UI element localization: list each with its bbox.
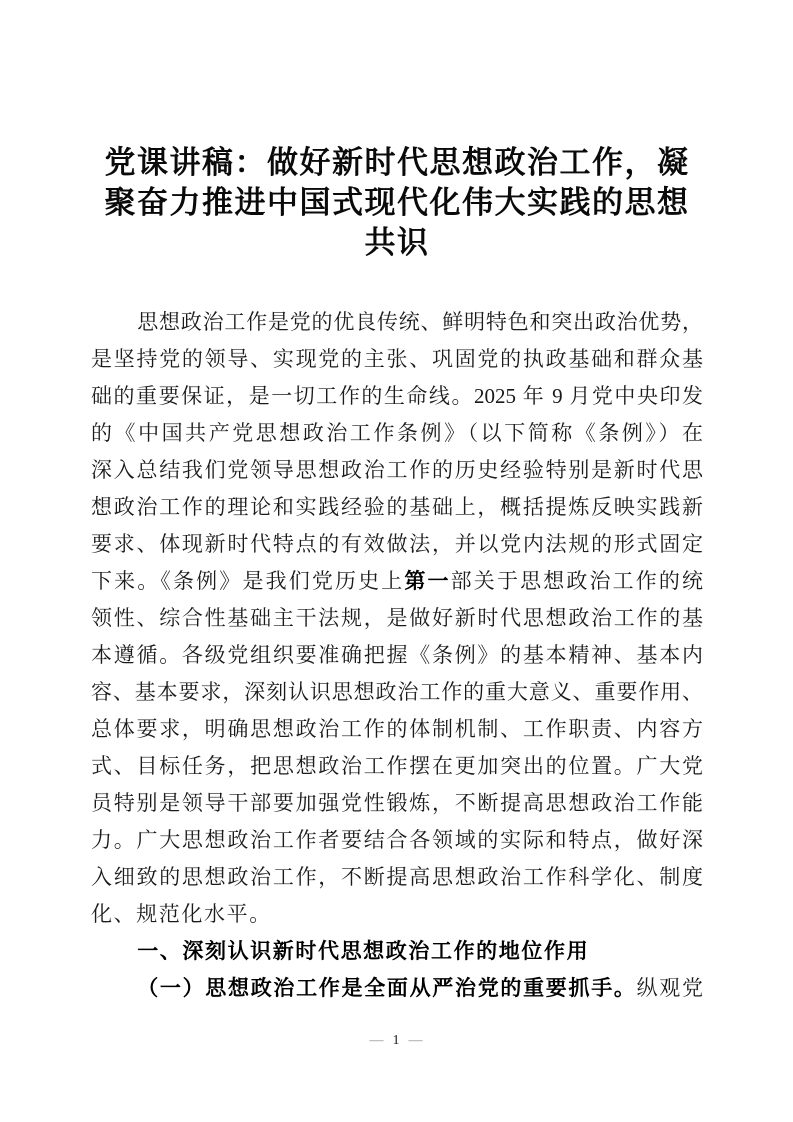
document-page: 党课讲稿：做好新时代思想政治工作，凝聚奋力推进中国式现代化伟大实践的思想共识 思…	[0, 0, 793, 1122]
text-run: 入细致的思想政治工作，不断提高思想政治工作科学化、制度	[91, 865, 703, 889]
text-line: 思想政治工作是党的优良传统、鲜明特色和突出政治优势，	[91, 304, 703, 341]
text-run: 化、规范化水平。	[91, 902, 272, 926]
bold-text-run: （一）思想政治工作是全面从严治党的重要抓手。	[137, 976, 636, 1000]
page-number: 1	[389, 1033, 405, 1048]
text-line: 一、深刻认识新时代思想政治工作的地位作用	[91, 933, 703, 970]
intro-paragraph: 思想政治工作是党的优良传统、鲜明特色和突出政治优势，是坚持党的领导、实现党的主张…	[91, 304, 703, 933]
page-footer: —1—	[0, 1033, 793, 1049]
text-line: 容、基本要求，深刻认识思想政治工作的重大意义、重要作用、	[91, 674, 703, 711]
footer-dash-left: —	[366, 1033, 389, 1048]
text-run: 纵观党	[637, 976, 703, 1000]
title-line: 聚奋力推进中国式现代化伟大实践的思想	[91, 183, 703, 223]
bold-text-run: 一、深刻认识新时代思想政治工作的地位作用	[137, 939, 589, 963]
bold-text-run: 第一	[404, 569, 450, 593]
text-run: 深入总结我们党领导思想政治工作的历史经验特别是新时代思	[91, 458, 703, 482]
text-line: 础的重要保证，是一切工作的生命线。2025 年 9 月党中央印发	[91, 378, 703, 415]
footer-dash-right: —	[405, 1033, 428, 1048]
text-line: 想政治工作的理论和实践经验的基础上，概括提炼反映实践新	[91, 489, 703, 526]
text-line: 深入总结我们党领导思想政治工作的历史经验特别是新时代思	[91, 452, 703, 489]
text-run: 想政治工作的理论和实践经验的基础上，概括提炼反映实践新	[91, 495, 703, 519]
title-line: 共识	[91, 223, 703, 263]
text-line: 的《中国共产党思想政治工作条例》（以下简称《条例》）在	[91, 415, 703, 452]
text-run: 容、基本要求，深刻认识思想政治工作的重大意义、重要作用、	[91, 680, 703, 704]
text-run: 部关于思想政治工作的统	[451, 569, 703, 593]
text-line: 是坚持党的领导、实现党的主张、巩固党的执政基础和群众基	[91, 341, 703, 378]
text-run: 要求、体现新时代特点的有效做法，并以党内法规的形式固定	[91, 532, 703, 556]
text-run: 下来。《条例》是我们党历史上	[91, 569, 404, 593]
text-line: 式、目标任务，把思想政治工作摆在更加突出的位置。广大党	[91, 748, 703, 785]
text-run: 思想政治工作是党的优良传统、鲜明特色和突出政治优势，	[137, 310, 703, 334]
text-line: 员特别是领导干部要加强党性锻炼，不断提高思想政治工作能	[91, 785, 703, 822]
text-run: 领性、综合性基础主干法规，是做好新时代思想政治工作的基	[91, 606, 703, 630]
text-line: 化、规范化水平。	[91, 896, 703, 933]
text-line: 入细致的思想政治工作，不断提高思想政治工作科学化、制度	[91, 859, 703, 896]
text-run: 式、目标任务，把思想政治工作摆在更加突出的位置。广大党	[91, 754, 703, 778]
text-line: 力。广大思想政治工作者要结合各领域的实际和特点，做好深	[91, 822, 703, 859]
text-line: （一）思想政治工作是全面从严治党的重要抓手。纵观党	[91, 970, 703, 1007]
text-line: 下来。《条例》是我们党历史上第一部关于思想政治工作的统	[91, 563, 703, 600]
text-run: 本遵循。各级党组织要准确把握《条例》的基本精神、基本内	[91, 643, 703, 667]
document-title: 党课讲稿：做好新时代思想政治工作，凝聚奋力推进中国式现代化伟大实践的思想共识	[91, 143, 703, 263]
text-run: 员特别是领导干部要加强党性锻炼，不断提高思想政治工作能	[91, 791, 703, 815]
document-body: 思想政治工作是党的优良传统、鲜明特色和突出政治优势，是坚持党的领导、实现党的主张…	[91, 304, 703, 1007]
text-run: 总体要求，明确思想政治工作的体制机制、工作职责、内容方	[91, 717, 703, 741]
text-line: 本遵循。各级党组织要准确把握《条例》的基本精神、基本内	[91, 637, 703, 674]
text-run: 是坚持党的领导、实现党的主张、巩固党的执政基础和群众基	[91, 347, 703, 371]
text-line: 总体要求，明确思想政治工作的体制机制、工作职责、内容方	[91, 711, 703, 748]
text-run: 力。广大思想政治工作者要结合各领域的实际和特点，做好深	[91, 828, 703, 852]
subsection-paragraph-1: （一）思想政治工作是全面从严治党的重要抓手。纵观党	[91, 970, 703, 1007]
text-run: 础的重要保证，是一切工作的生命线。2025 年 9 月党中央印发	[91, 384, 703, 408]
section-heading-1: 一、深刻认识新时代思想政治工作的地位作用	[91, 933, 703, 970]
text-line: 领性、综合性基础主干法规，是做好新时代思想政治工作的基	[91, 600, 703, 637]
title-line: 党课讲稿：做好新时代思想政治工作，凝	[91, 143, 703, 183]
text-run: 的《中国共产党思想政治工作条例》（以下简称《条例》）在	[91, 421, 703, 445]
text-line: 要求、体现新时代特点的有效做法，并以党内法规的形式固定	[91, 526, 703, 563]
